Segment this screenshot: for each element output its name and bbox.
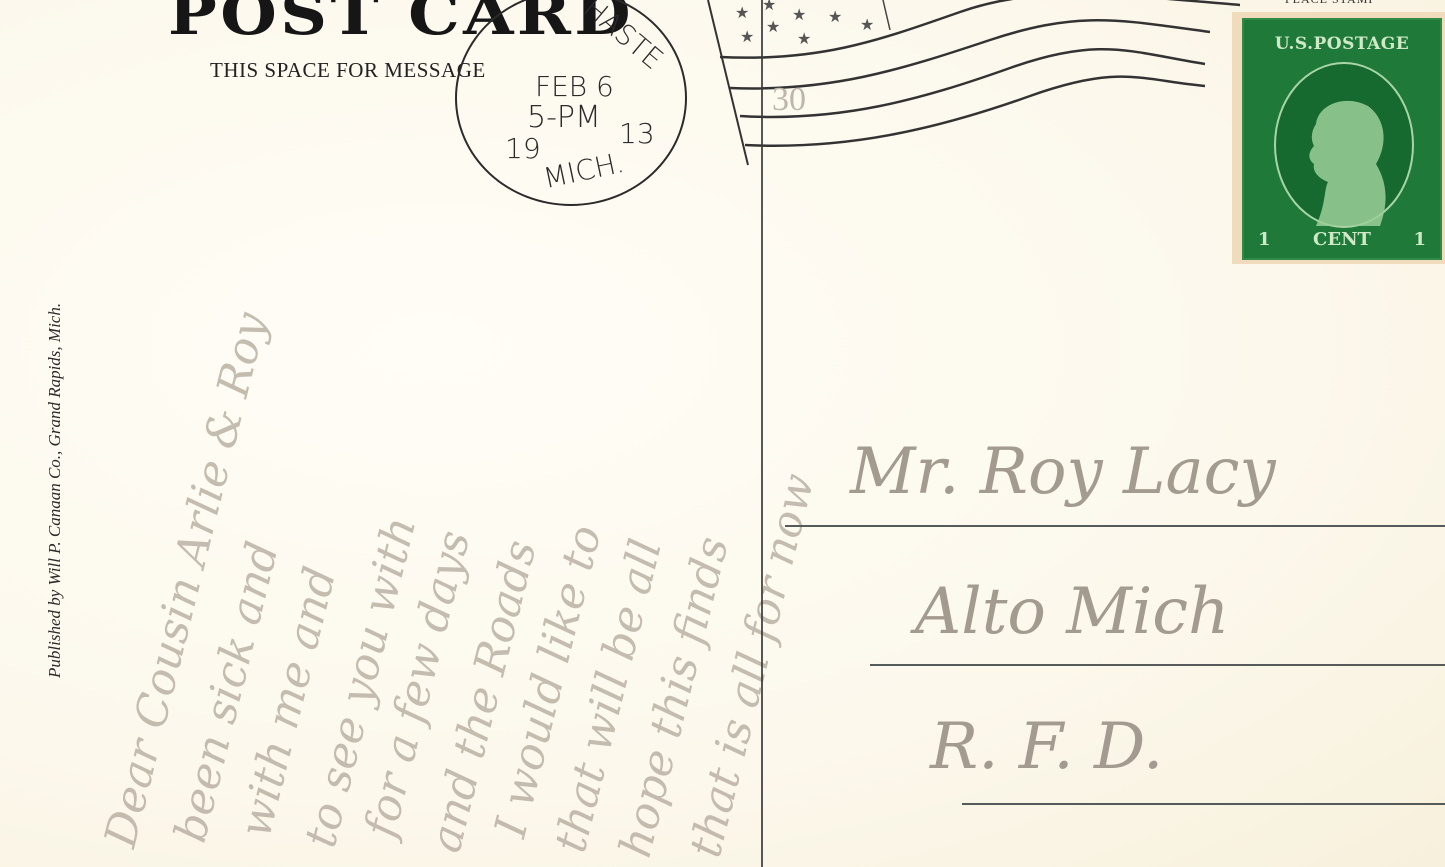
- stamp-denomination-right: 1: [1413, 229, 1426, 250]
- stamp-denomination-left: 1: [1258, 229, 1271, 250]
- flag-cancel-icon: ★★ ★★ ★★ ★★ 30: [700, 0, 1240, 170]
- svg-text:★: ★: [766, 19, 780, 36]
- message-space-label: THIS SPACE FOR MESSAGE: [210, 58, 486, 83]
- svg-text:★: ★: [860, 17, 874, 34]
- place-stamp-label: PLACE STAMP: [1285, 0, 1376, 7]
- postmark-circle: HASTE FEB 6 5-PM 19 13 MICH.: [455, 0, 687, 206]
- svg-text:★: ★: [797, 31, 811, 48]
- svg-text:★: ★: [828, 9, 842, 26]
- address-rule-2: [870, 664, 1445, 666]
- postmark-date: FEB 6: [535, 70, 614, 103]
- center-divider: [761, 0, 763, 867]
- postcard-back: POST CARD THIS SPACE FOR MESSAGE Publish…: [0, 0, 1445, 867]
- svg-text:30: 30: [772, 81, 806, 118]
- publisher-credit: Published by Will P. Canaan Co., Grand R…: [45, 303, 65, 678]
- svg-text:★: ★: [735, 5, 749, 22]
- stamp-header: U.S.POSTAGE: [1258, 34, 1426, 54]
- postage-stamp: U.S.POSTAGE 1 CENT 1: [1232, 12, 1445, 264]
- postmark-year-left: 19: [505, 132, 541, 165]
- postmark-time: 5-PM: [527, 100, 601, 135]
- postmark-year-right: 13: [619, 117, 655, 150]
- postmark-town: HASTE: [577, 0, 669, 76]
- address-line-1: Mr. Roy Lacy: [850, 435, 1276, 509]
- postmark-state: MICH.: [540, 146, 627, 195]
- svg-text:★: ★: [740, 29, 754, 46]
- address-line-3: R. F. D.: [930, 710, 1163, 784]
- stamp-denomination-text: CENT: [1313, 229, 1371, 250]
- address-rule-1: [785, 525, 1445, 527]
- washington-portrait-icon: [1274, 62, 1414, 228]
- svg-text:★: ★: [792, 7, 806, 24]
- address-line-2: Alto Mich: [915, 575, 1229, 649]
- address-rule-3: [962, 803, 1445, 805]
- svg-text:★: ★: [762, 0, 776, 14]
